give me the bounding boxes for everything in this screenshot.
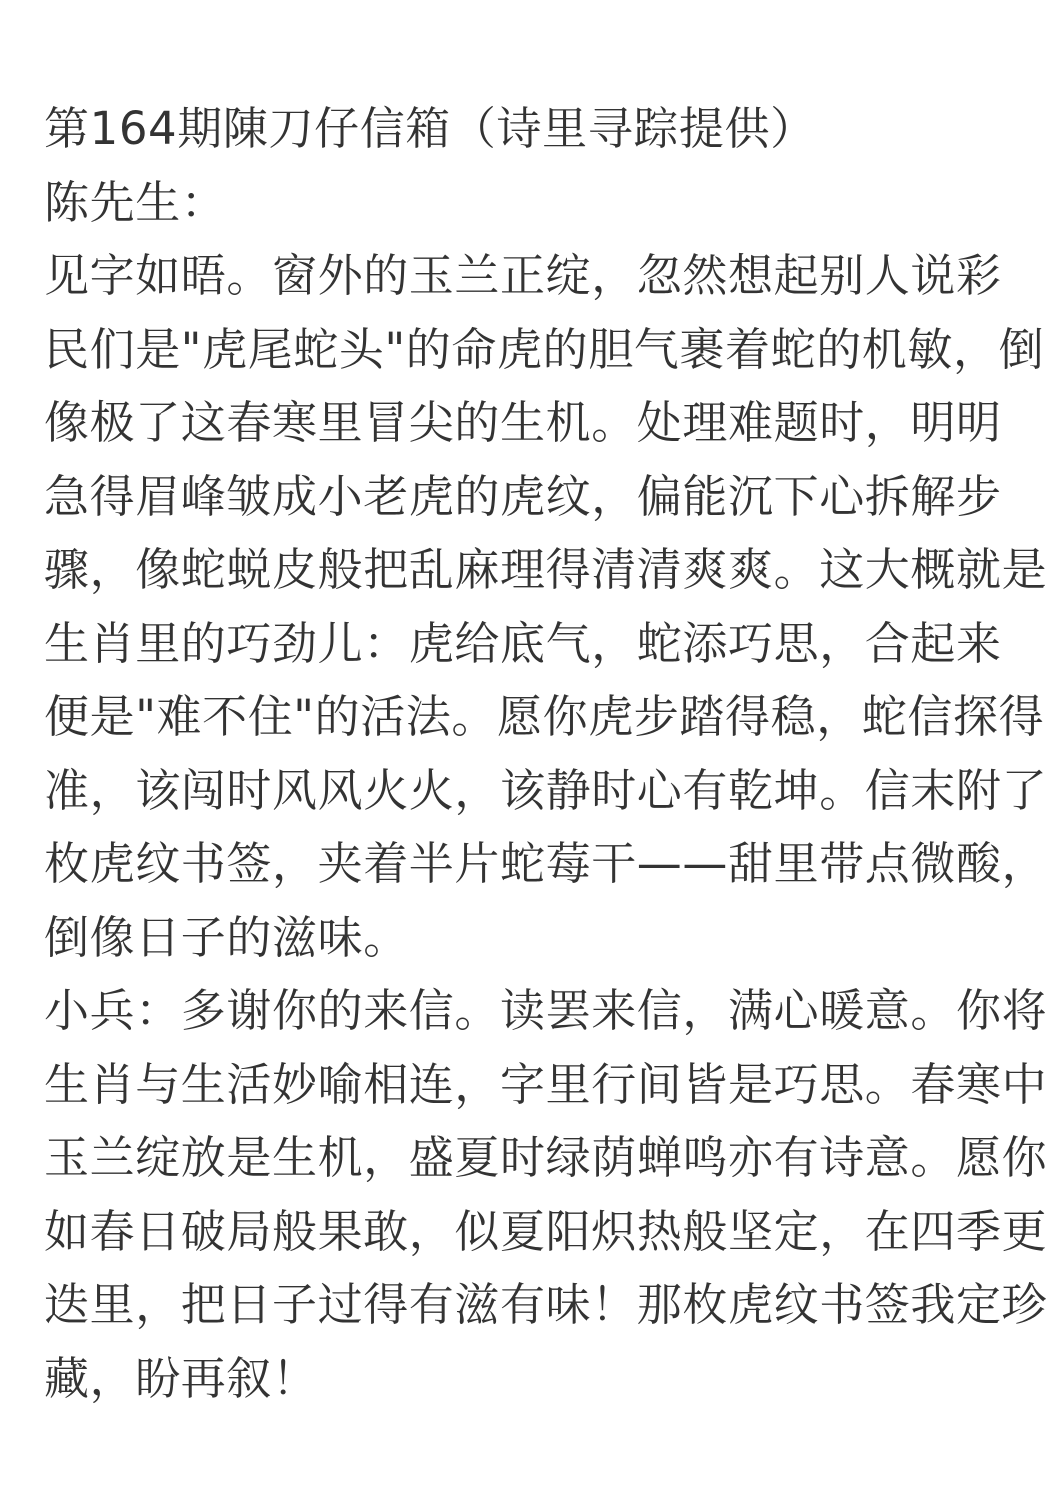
letter-line: 见字如晤。窗外的玉兰正绽，忽然想起别人说彩	[44, 239, 1034, 313]
salutation: 陈先生：	[44, 166, 1034, 240]
reply-line: 玉兰绽放是生机，盛夏时绿荫蝉鸣亦有诗意。愿你	[44, 1121, 1034, 1195]
letter-line: 枚虎纹书签，夹着半片蛇莓干——甜里带点微酸，	[44, 827, 1034, 901]
document-title: 第164期陳刀仔信箱（诗里寻踪提供）	[44, 92, 1034, 166]
letter-line: 便是"难不住"的活法。愿你虎步踏得稳，蛇信探得	[44, 680, 1034, 754]
letter-document: 第164期陳刀仔信箱（诗里寻踪提供） 陈先生： 见字如晤。窗外的玉兰正绽，忽然想…	[44, 92, 1034, 1415]
letter-body: 见字如晤。窗外的玉兰正绽，忽然想起别人说彩 民们是"虎尾蛇头"的命虎的胆气裹着蛇…	[44, 239, 1034, 974]
reply-line: 小兵：多谢你的来信。读罢来信，满心暖意。你将	[44, 974, 1034, 1048]
reply-line: 如春日破局般果敢，似夏阳炽热般坚定，在四季更	[44, 1195, 1034, 1269]
letter-line: 民们是"虎尾蛇头"的命虎的胆气裹着蛇的机敏，倒	[44, 313, 1034, 387]
letter-line: 准，该闯时风风火火，该静时心有乾坤。信末附了	[44, 754, 1034, 828]
reply-body: 小兵：多谢你的来信。读罢来信，满心暖意。你将 生肖与生活妙喻相连，字里行间皆是巧…	[44, 974, 1034, 1415]
letter-line: 急得眉峰皱成小老虎的虎纹，偏能沉下心拆解步	[44, 460, 1034, 534]
letter-line: 生肖里的巧劲儿：虎给底气，蛇添巧思，合起来	[44, 607, 1034, 681]
reply-line: 生肖与生活妙喻相连，字里行间皆是巧思。春寒中	[44, 1048, 1034, 1122]
letter-line: 倒像日子的滋味。	[44, 901, 1034, 975]
letter-line: 像极了这春寒里冒尖的生机。处理难题时，明明	[44, 386, 1034, 460]
letter-line: 骤，像蛇蜕皮般把乱麻理得清清爽爽。这大概就是	[44, 533, 1034, 607]
reply-line: 藏，盼再叙！	[44, 1342, 1034, 1416]
reply-line: 迭里，把日子过得有滋有味！那枚虎纹书签我定珍	[44, 1268, 1034, 1342]
